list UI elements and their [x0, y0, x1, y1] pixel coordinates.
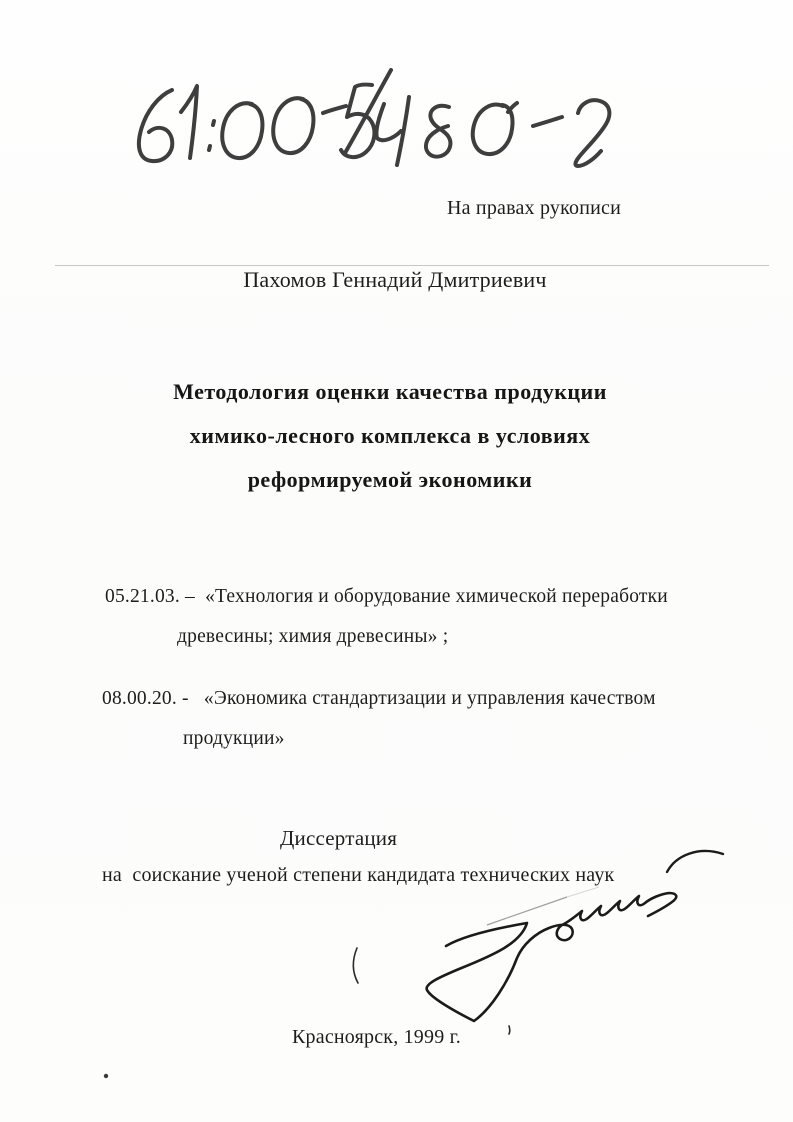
manuscript-rights-note: На правах рукописи	[447, 197, 621, 220]
title-line-3: реформируемой экономики	[80, 458, 700, 502]
author-name: Пахомов Геннадий Дмитриевич	[80, 266, 710, 294]
thesis-degree-line: на соискание ученой степени кандидата те…	[102, 864, 614, 887]
scan-speck	[104, 1074, 108, 1078]
specialty-1-line-2: древесины; химия древесины» ;	[177, 626, 448, 648]
scanned-title-page: На правах рукописи Пахомов Геннадий Дмит…	[0, 0, 793, 1122]
thesis-type-label: Диссертация	[280, 826, 397, 851]
title-line-2: химико-лесного комплекса в условиях	[80, 414, 700, 458]
city-year-line: Красноярск, 1999 г.	[292, 1026, 461, 1049]
dissertation-title: Методология оценки качества продукции хи…	[80, 370, 700, 502]
specialty-1-line-1: 05.21.03. – «Технология и оборудование х…	[105, 586, 668, 608]
signature	[0, 0, 793, 1122]
specialty-2-line-1: 08.00.20. - «Экономика стандартизации и …	[102, 688, 656, 710]
title-line-1: Методология оценки качества продукции	[80, 370, 700, 414]
specialty-2-line-2: продукции»	[183, 728, 285, 750]
handwritten-catalog-number	[0, 0, 793, 1122]
